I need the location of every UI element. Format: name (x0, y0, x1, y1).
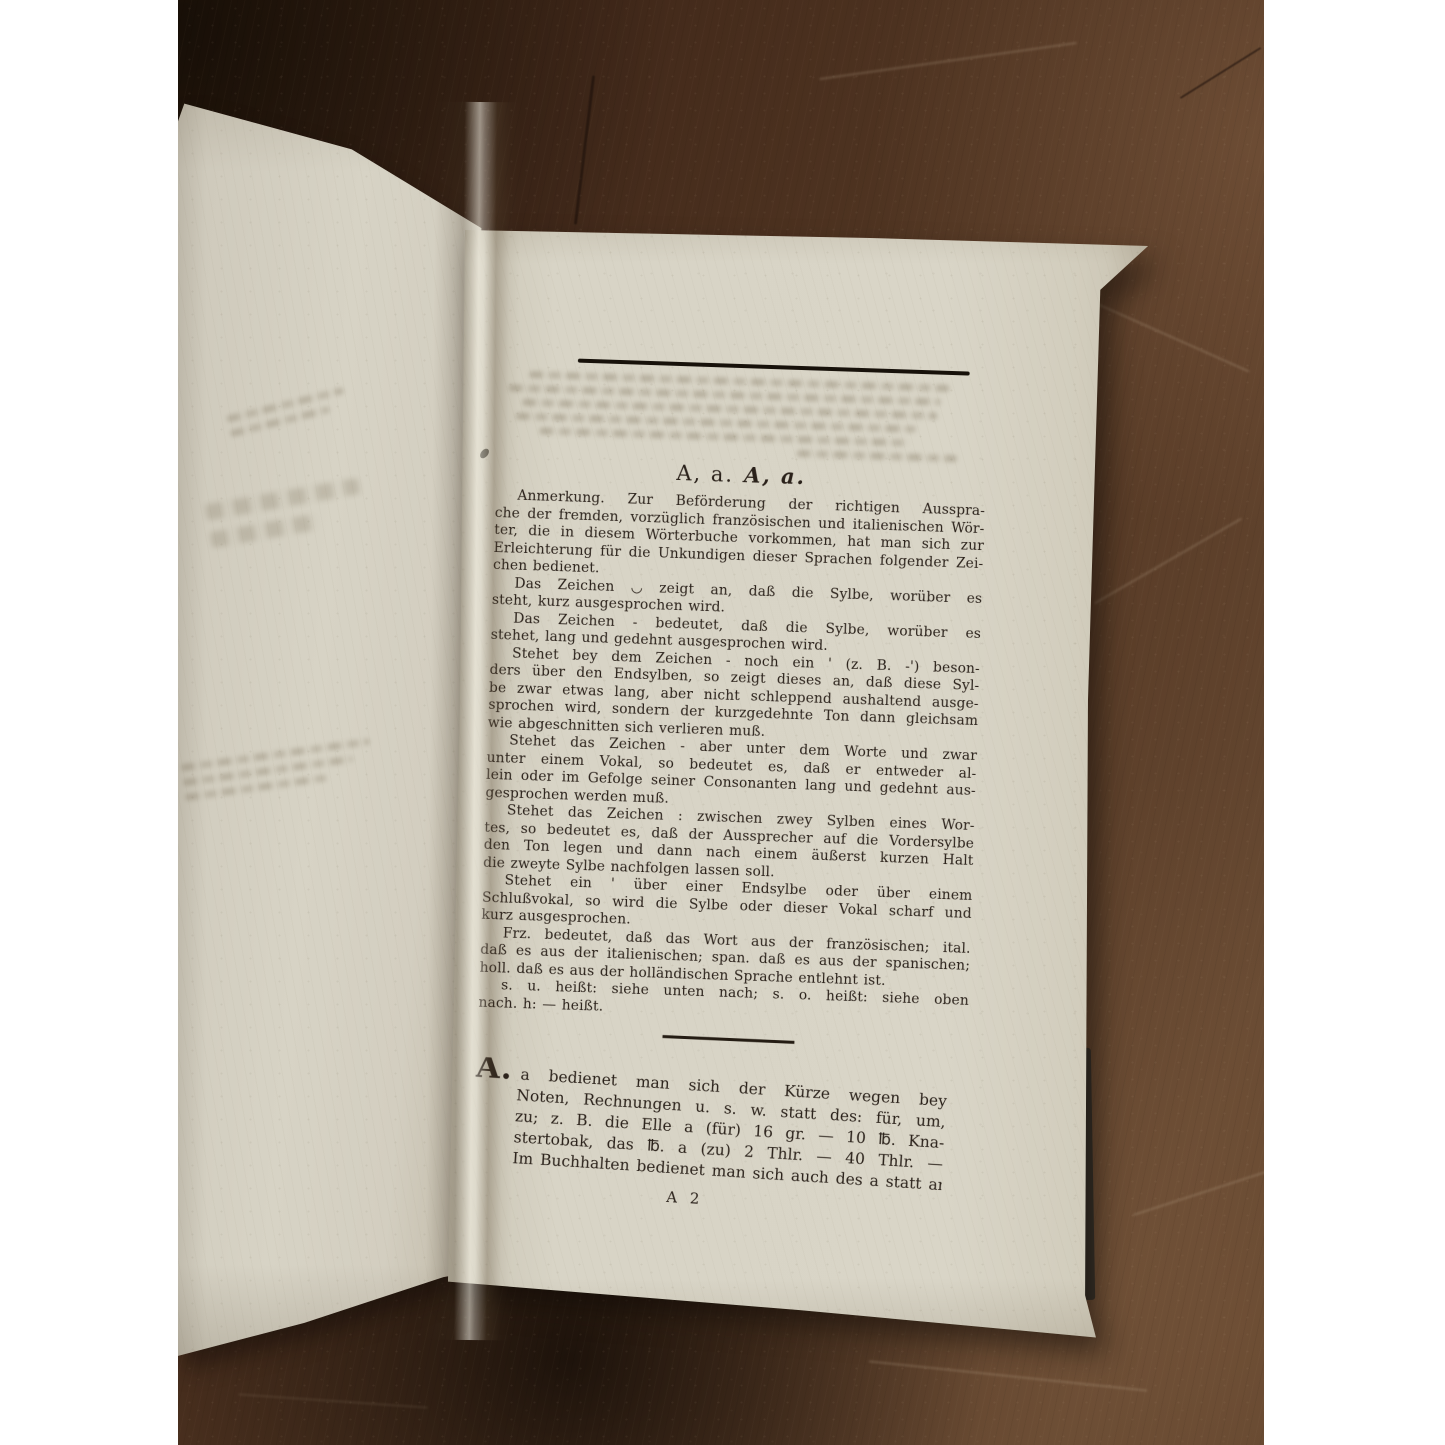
introduction-text: Anmerkung. Zur Beförderung der richtigen… (478, 487, 985, 1028)
heading-fraktur: A, a. (744, 462, 807, 489)
section-divider-rule (662, 1035, 794, 1043)
printed-page: A, a.A, a. Anmerkung. Zur Beförderung de… (440, 218, 1164, 1358)
paragraph: Stehet bey dem Zeichen - noch ein ' (z. … (488, 644, 981, 748)
printed-text-block: A, a.A, a. Anmerkung. Zur Beförderung de… (472, 356, 990, 1211)
dictionary-entry-A: A.a bedienet man sich der Kürze wegen be… (468, 1056, 948, 1224)
book-photo: A, a.A, a. Anmerkung. Zur Beförderung de… (178, 0, 1264, 1445)
entry-initial: A. (475, 1056, 514, 1086)
paragraph: Anmerkung. Zur Beförderung der richtigen… (493, 487, 986, 591)
photo-canvas: A, a.A, a. Anmerkung. Zur Beförderung de… (0, 0, 1445, 1445)
right-page-wrapper: A, a.A, a. Anmerkung. Zur Beförderung de… (178, 0, 1264, 1445)
section-heading: A, a.A, a. (676, 460, 806, 489)
heading-latin: A, a. (676, 461, 734, 487)
show-through-paragraph (497, 370, 989, 463)
header-rule (578, 359, 970, 376)
